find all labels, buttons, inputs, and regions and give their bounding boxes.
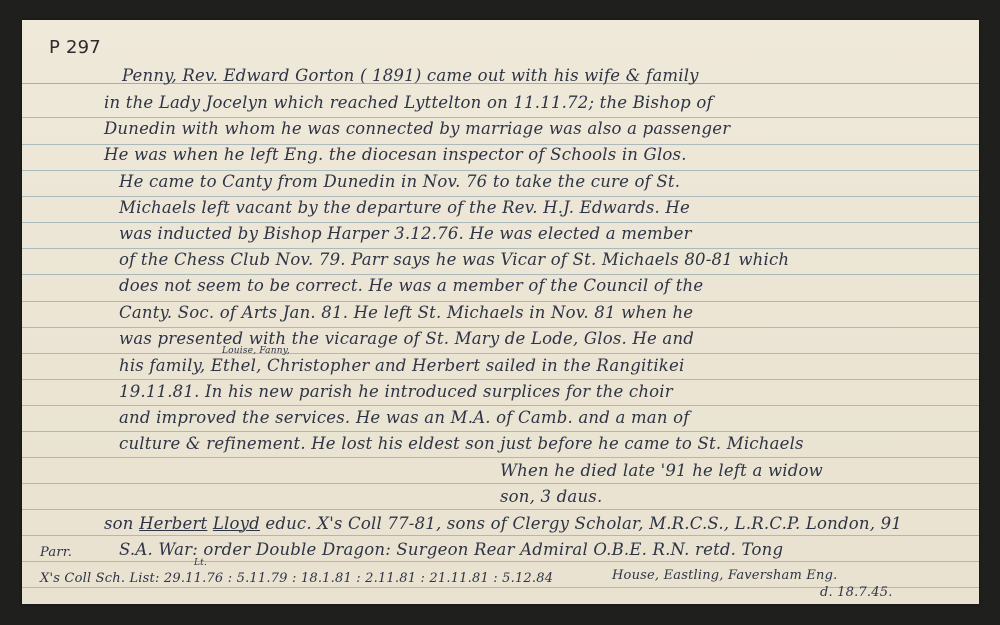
son-first-name: Herbert — [139, 514, 207, 533]
interlinear-note: Louise, Fanny, — [222, 346, 290, 356]
college-label: X's Coll Sch. List: — [40, 571, 160, 586]
address-line: House, Eastling, Faversham Eng. — [612, 566, 838, 586]
ruled-line — [22, 248, 979, 249]
ruled-line — [22, 405, 979, 406]
death-note-line: son, 3 daus. — [500, 487, 602, 507]
son-prefix: son — [104, 514, 134, 533]
college-dates: 29.11.76 : 5.11.79 : 18.1.81 : 2.11.81 :… — [164, 571, 553, 586]
ruled-line — [22, 170, 979, 171]
ruled-line — [22, 509, 979, 510]
college-entry: X's Coll Sch. List: 29.11.76 : 5.11.79 :… — [40, 569, 553, 589]
ruled-line — [22, 327, 979, 328]
index-card: P 297 Penny, Rev. Edward Gorton ( 1891) … — [22, 20, 979, 604]
text-line: his family, Ethel, Christopher and Herbe… — [119, 356, 684, 376]
text-line: of the Chess Club Nov. 79. Parr says he … — [119, 250, 789, 270]
text-line: Penny, Rev. Edward Gorton ( 1891) came o… — [122, 66, 699, 86]
text-line: and improved the services. He was an M.A… — [119, 408, 690, 428]
text-line: culture & refinement. He lost his eldest… — [119, 434, 804, 454]
card-number: P 297 — [49, 38, 101, 58]
ruled-line — [22, 431, 979, 432]
ruled-line — [22, 301, 979, 302]
text-line: was inducted by Bishop Harper 3.12.76. H… — [119, 224, 692, 244]
text-line: He came to Canty from Dunedin in Nov. 76… — [119, 172, 680, 192]
text-line: Dunedin with whom he was connected by ma… — [104, 119, 730, 139]
text-line: Michaels left vacant by the departure of… — [119, 198, 690, 218]
ruled-line — [22, 353, 979, 354]
death-note-line: When he died late '91 he left a widow — [500, 461, 823, 481]
parr-label: Parr. — [40, 543, 72, 563]
text-line: does not seem to be correct. He was a me… — [119, 276, 703, 296]
ruled-line — [22, 222, 979, 223]
ruled-line — [22, 379, 979, 380]
text-line: in the Lady Jocelyn which reached Lyttel… — [104, 93, 713, 113]
text-line: He was when he left Eng. the diocesan in… — [104, 145, 687, 165]
son-entry: son Herbert Lloyd educ. X's Coll 77-81, … — [104, 514, 902, 534]
son-details: educ. X's Coll 77-81, sons of Clergy Sch… — [265, 514, 902, 533]
ruled-line — [22, 457, 979, 458]
ruled-line — [22, 274, 979, 275]
ruled-line — [22, 535, 979, 536]
son-second-name: Lloyd — [213, 514, 260, 533]
ruled-line — [22, 196, 979, 197]
text-line: 19.11.81. In his new parish he introduce… — [119, 382, 673, 402]
ruled-line — [22, 483, 979, 484]
text-line: Canty. Soc. of Arts Jan. 81. He left St.… — [119, 303, 693, 323]
text-line: was presented with the vicarage of St. M… — [119, 329, 694, 349]
death-date: d. 18.7.45. — [820, 583, 893, 603]
ruled-line — [22, 117, 979, 118]
scanned-document: P 297 Penny, Rev. Edward Gorton ( 1891) … — [0, 0, 1000, 625]
parr-details: S.A. War: order Double Dragon: Surgeon R… — [119, 540, 783, 560]
ruled-line — [22, 561, 979, 562]
college-superscript: Lt. — [194, 558, 207, 568]
